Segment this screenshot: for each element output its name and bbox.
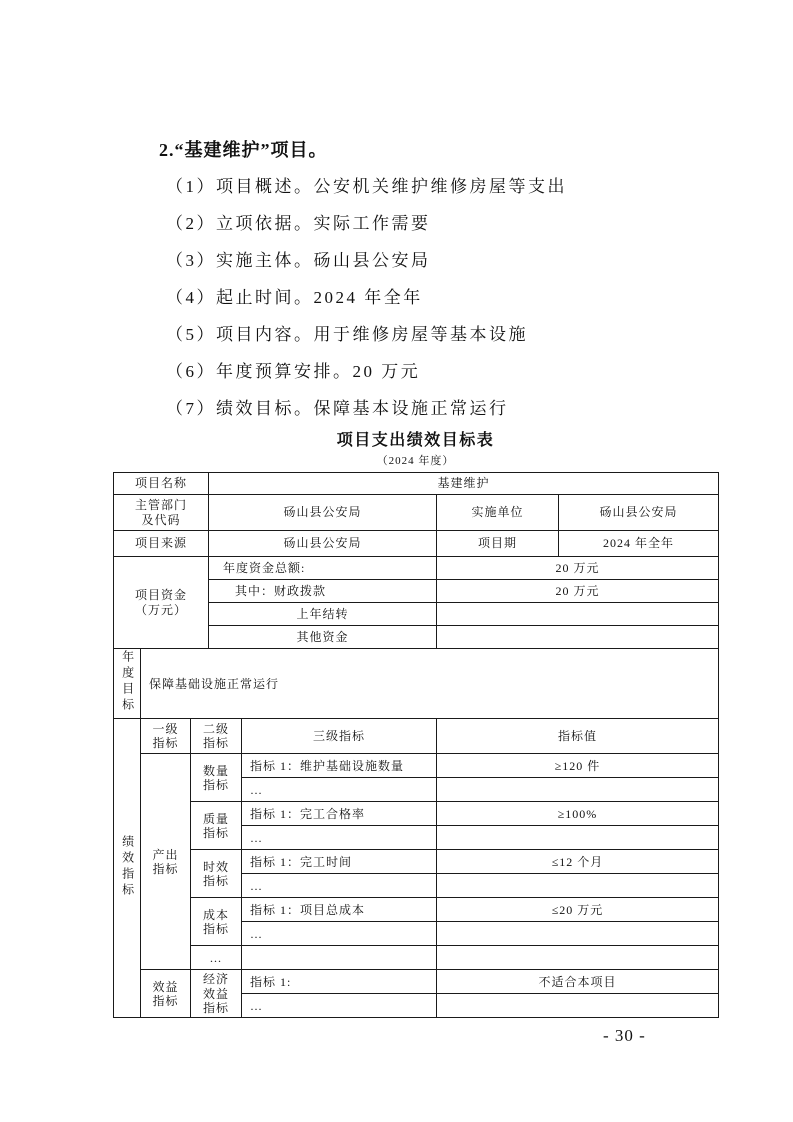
timeliness-indicator-name: 指标 1：完工时间 — [242, 850, 437, 874]
row-dept: 主管部门 及代码 砀山县公安局 实施单位 砀山县公安局 — [114, 495, 719, 531]
source-value: 砀山县公安局 — [209, 531, 437, 557]
quality-indicator-name: 指标 1：完工合格率 — [242, 802, 437, 826]
row-funds-total: 项目资金 （万元） 年度资金总额: 20 万元 — [114, 557, 719, 580]
list-item-4: （4）起止时间。2024 年全年 — [166, 279, 718, 316]
source-label: 项目来源 — [114, 531, 209, 557]
row-cost-1: 成本 指标 指标 1：项目总成本 ≤20 万元 — [114, 898, 719, 922]
quantity-level2: 数量 指标 — [191, 754, 242, 802]
timeliness-more: … — [242, 874, 437, 898]
quantity-more-value — [437, 778, 719, 802]
table-title: 项目支出绩效目标表 — [113, 429, 718, 453]
list-item-6: （6）年度预算安排。20 万元 — [166, 353, 718, 390]
document-page: 2.“基建维护”项目。 （1）项目概述。公安机关维护维修房屋等支出 （2）立项依… — [0, 0, 793, 1122]
list-item-2: （2）立项依据。实际工作需要 — [166, 205, 718, 242]
header-level3: 三级指标 — [242, 719, 437, 754]
funds-total-label: 年度资金总额: — [209, 557, 437, 580]
row-timeliness-1: 时效 指标 指标 1：完工时间 ≤12 个月 — [114, 850, 719, 874]
benefit-level2: 经济 效益 指标 — [191, 970, 242, 1018]
benefit-indicator-value: 不适合本项目 — [437, 970, 719, 994]
quantity-indicator-value: ≥120 件 — [437, 754, 719, 778]
row-quality-1: 质量 指标 指标 1：完工合格率 ≥100% — [114, 802, 719, 826]
quantity-more: … — [242, 778, 437, 802]
list-item-3: （3）实施主体。砀山县公安局 — [166, 242, 718, 279]
funds-fiscal-value: 20 万元 — [437, 580, 719, 603]
cost-more-value — [437, 922, 719, 946]
row-indicator-header: 绩效指标 一级 指标 二级 指标 三级指标 指标值 — [114, 719, 719, 754]
impl-unit-label: 实施单位 — [437, 495, 559, 531]
project-name-label: 项目名称 — [114, 473, 209, 495]
cost-more: … — [242, 922, 437, 946]
benefit-level1: 效益 指标 — [141, 970, 191, 1018]
row-quantity-1: 产出 指标 数量 指标 指标 1：维护基础设施数量 ≥120 件 — [114, 754, 719, 778]
list-item-5: （5）项目内容。用于维修房屋等基本设施 — [166, 316, 718, 353]
row-annual-goal: 年度目标 保障基础设施正常运行 — [114, 649, 719, 719]
benefit-indicator-name: 指标 1: — [242, 970, 437, 994]
annual-goal-label-cell: 年度目标 — [114, 649, 141, 719]
quality-more: … — [242, 826, 437, 850]
impl-unit-value: 砀山县公安局 — [559, 495, 719, 531]
output-more-level2: … — [191, 946, 242, 970]
period-value: 2024 年全年 — [559, 531, 719, 557]
list-item-1: （1）项目概述。公安机关维护维修房屋等支出 — [166, 168, 718, 205]
performance-target-table: 项目名称 基建维护 主管部门 及代码 砀山县公安局 实施单位 砀山县公安局 项目… — [113, 472, 719, 1018]
quality-indicator-value: ≥100% — [437, 802, 719, 826]
annual-goal-value: 保障基础设施正常运行 — [141, 649, 719, 719]
row-output-more: … — [114, 946, 719, 970]
funds-carryover-value — [437, 603, 719, 626]
timeliness-level2: 时效 指标 — [191, 850, 242, 898]
funds-other-value — [437, 626, 719, 649]
period-label: 项目期 — [437, 531, 559, 557]
perf-label: 绩效指标 — [120, 835, 133, 899]
quantity-indicator-name: 指标 1：维护基础设施数量 — [242, 754, 437, 778]
benefit-more-value — [437, 994, 719, 1018]
quality-level2: 质量 指标 — [191, 802, 242, 850]
benefit-more: … — [242, 994, 437, 1018]
list-item-7: （7）绩效目标。保障基本设施正常运行 — [166, 390, 718, 427]
table-subtitle: （2024 年度） — [113, 453, 718, 469]
page-number: - 30 - — [603, 1026, 646, 1046]
row-benefit-1: 效益 指标 经济 效益 指标 指标 1: 不适合本项目 — [114, 970, 719, 994]
cost-level2: 成本 指标 — [191, 898, 242, 946]
row-project-name: 项目名称 基建维护 — [114, 473, 719, 495]
header-value: 指标值 — [437, 719, 719, 754]
row-source: 项目来源 砀山县公安局 项目期 2024 年全年 — [114, 531, 719, 557]
perf-label-cell: 绩效指标 — [114, 719, 141, 1018]
header-level1: 一级 指标 — [141, 719, 191, 754]
cost-indicator-name: 指标 1：项目总成本 — [242, 898, 437, 922]
funds-label: 项目资金 （万元） — [114, 557, 209, 649]
project-name-value: 基建维护 — [209, 473, 719, 495]
page-content: 2.“基建维护”项目。 （1）项目概述。公安机关维护维修房屋等支出 （2）立项依… — [0, 0, 793, 1018]
output-more-name — [242, 946, 437, 970]
timeliness-more-value — [437, 874, 719, 898]
output-more-value — [437, 946, 719, 970]
header-level2: 二级 指标 — [191, 719, 242, 754]
funds-total-value: 20 万元 — [437, 557, 719, 580]
annual-goal-label: 年度目标 — [120, 650, 133, 714]
output-level1: 产出 指标 — [141, 754, 191, 970]
funds-fiscal-label: 其中：财政拨款 — [209, 580, 437, 603]
quality-more-value — [437, 826, 719, 850]
cost-indicator-value: ≤20 万元 — [437, 898, 719, 922]
dept-value: 砀山县公安局 — [209, 495, 437, 531]
section-heading: 2.“基建维护”项目。 — [159, 138, 718, 162]
timeliness-indicator-value: ≤12 个月 — [437, 850, 719, 874]
dept-label: 主管部门 及代码 — [114, 495, 209, 531]
funds-other-label: 其他资金 — [209, 626, 437, 649]
funds-carryover-label: 上年结转 — [209, 603, 437, 626]
